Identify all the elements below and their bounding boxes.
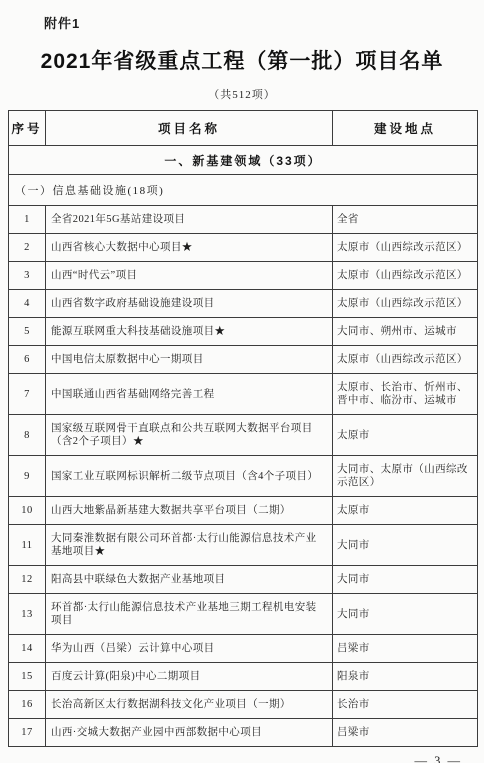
- cell-index: 5: [9, 318, 46, 346]
- cell-project-name: 华为山西（吕梁）云计算中心项目: [46, 635, 333, 663]
- table-row: 2 山西省核心大数据中心项目★ 太原市（山西综改示范区）: [9, 234, 478, 262]
- cell-location: 大同市: [333, 525, 478, 566]
- section-title: 一、新基建领域（33项）: [9, 146, 478, 175]
- cell-project-name: 山西大地紫晶新基建大数据共享平台项目（二期）: [46, 497, 333, 525]
- cell-project-name: 大同秦淮数据有限公司环首都·太行山能源信息技术产业基地项目★: [46, 525, 333, 566]
- table-row: 14 华为山西（吕梁）云计算中心项目 吕梁市: [9, 635, 478, 663]
- cell-project-name: 中国联通山西省基础网络完善工程: [46, 374, 333, 415]
- cell-location: 吕梁市: [333, 635, 478, 663]
- cell-location: 全省: [333, 206, 478, 234]
- cell-index: 8: [9, 415, 46, 456]
- cell-location: 太原市（山西综改示范区）: [333, 290, 478, 318]
- table-row: 17 山西·交城大数据产业园中西部数据中心项目 吕梁市: [9, 719, 478, 747]
- table-row: 6 中国电信太原数据中心一期项目 太原市（山西综改示范区）: [9, 346, 478, 374]
- cell-location: 大同市、太原市（山西综改示范区）: [333, 456, 478, 497]
- table-header-row: 序号 项目名称 建设地点: [9, 111, 478, 146]
- cell-index: 15: [9, 663, 46, 691]
- cell-location: 长治市: [333, 691, 478, 719]
- cell-index: 14: [9, 635, 46, 663]
- cell-project-name: 百度云计算(阳泉)中心二期项目: [46, 663, 333, 691]
- page-subtitle: （共512项）: [0, 86, 484, 102]
- cell-project-name: 山西·交城大数据产业园中西部数据中心项目: [46, 719, 333, 747]
- cell-project-name: 中国电信太原数据中心一期项目: [46, 346, 333, 374]
- cell-index: 2: [9, 234, 46, 262]
- page-title: 2021年省级重点工程（第一批）项目名单: [0, 45, 484, 75]
- cell-project-name: 长治高新区太行数据湖科技文化产业项目（一期）: [46, 691, 333, 719]
- cell-index: 12: [9, 566, 46, 594]
- subsection-title: （一）信息基础设施(18项): [9, 175, 478, 206]
- cell-index: 6: [9, 346, 46, 374]
- project-table: 序号 项目名称 建设地点 一、新基建领域（33项） （一）信息基础设施(18项)…: [8, 110, 478, 747]
- cell-location: 阳泉市: [333, 663, 478, 691]
- cell-location: 大同市: [333, 594, 478, 635]
- table-row: 4 山西省数字政府基础设施建设项目 太原市（山西综改示范区）: [9, 290, 478, 318]
- cell-index: 9: [9, 456, 46, 497]
- table-row: 13 环首都·太行山能源信息技术产业基地三期工程机电安装项目 大同市: [9, 594, 478, 635]
- subsection-header-row: （一）信息基础设施(18项): [9, 175, 478, 206]
- table-row: 5 能源互联网重大科技基础设施项目★ 大同市、朔州市、运城市: [9, 318, 478, 346]
- table-row: 16 长治高新区太行数据湖科技文化产业项目（一期） 长治市: [9, 691, 478, 719]
- table-row: 11 大同秦淮数据有限公司环首都·太行山能源信息技术产业基地项目★ 大同市: [9, 525, 478, 566]
- cell-index: 16: [9, 691, 46, 719]
- cell-project-name: 山西省数字政府基础设施建设项目: [46, 290, 333, 318]
- table-row: 9 国家工业互联网标识解析二级节点项目（含4个子项目） 大同市、太原市（山西综改…: [9, 456, 478, 497]
- cell-location: 大同市、朔州市、运城市: [333, 318, 478, 346]
- cell-location: 太原市（山西综改示范区）: [333, 262, 478, 290]
- page-number: — 3 —: [0, 754, 462, 763]
- section-header-row: 一、新基建领域（33项）: [9, 146, 478, 175]
- table-row: 15 百度云计算(阳泉)中心二期项目 阳泉市: [9, 663, 478, 691]
- column-header-index: 序号: [9, 111, 46, 146]
- cell-project-name: 能源互联网重大科技基础设施项目★: [46, 318, 333, 346]
- column-header-location: 建设地点: [333, 111, 478, 146]
- cell-location: 大同市: [333, 566, 478, 594]
- cell-index: 7: [9, 374, 46, 415]
- cell-index: 1: [9, 206, 46, 234]
- cell-index: 17: [9, 719, 46, 747]
- cell-index: 10: [9, 497, 46, 525]
- cell-index: 4: [9, 290, 46, 318]
- table-row: 3 山西“时代云”项目 太原市（山西综改示范区）: [9, 262, 478, 290]
- cell-location: 吕梁市: [333, 719, 478, 747]
- table-row: 7 中国联通山西省基础网络完善工程 太原市、长治市、忻州市、晋中市、临汾市、运城…: [9, 374, 478, 415]
- cell-project-name: 阳高县中联绿色大数据产业基地项目: [46, 566, 333, 594]
- cell-location: 太原市、长治市、忻州市、晋中市、临汾市、运城市: [333, 374, 478, 415]
- attachment-label: 附件1: [44, 13, 484, 32]
- cell-index: 11: [9, 525, 46, 566]
- cell-project-name: 山西省核心大数据中心项目★: [46, 234, 333, 262]
- table-row: 10 山西大地紫晶新基建大数据共享平台项目（二期） 太原市: [9, 497, 478, 525]
- document-page: 附件1 2021年省级重点工程（第一批）项目名单 （共512项） 序号 项目名称…: [0, 0, 484, 763]
- cell-location: 太原市（山西综改示范区）: [333, 346, 478, 374]
- cell-index: 3: [9, 262, 46, 290]
- cell-location: 太原市: [333, 415, 478, 456]
- cell-project-name: 国家级互联网骨干直联点和公共互联网大数据平台项目（含2个子项目）★: [46, 415, 333, 456]
- cell-index: 13: [9, 594, 46, 635]
- cell-project-name: 国家工业互联网标识解析二级节点项目（含4个子项目）: [46, 456, 333, 497]
- column-header-project-name: 项目名称: [46, 111, 333, 146]
- table-row: 1 全省2021年5G基站建设项目 全省: [9, 206, 478, 234]
- table-row: 8 国家级互联网骨干直联点和公共互联网大数据平台项目（含2个子项目）★ 太原市: [9, 415, 478, 456]
- cell-location: 太原市: [333, 497, 478, 525]
- cell-project-name: 山西“时代云”项目: [46, 262, 333, 290]
- cell-project-name: 全省2021年5G基站建设项目: [46, 206, 333, 234]
- table-row: 12 阳高县中联绿色大数据产业基地项目 大同市: [9, 566, 478, 594]
- cell-project-name: 环首都·太行山能源信息技术产业基地三期工程机电安装项目: [46, 594, 333, 635]
- cell-location: 太原市（山西综改示范区）: [333, 234, 478, 262]
